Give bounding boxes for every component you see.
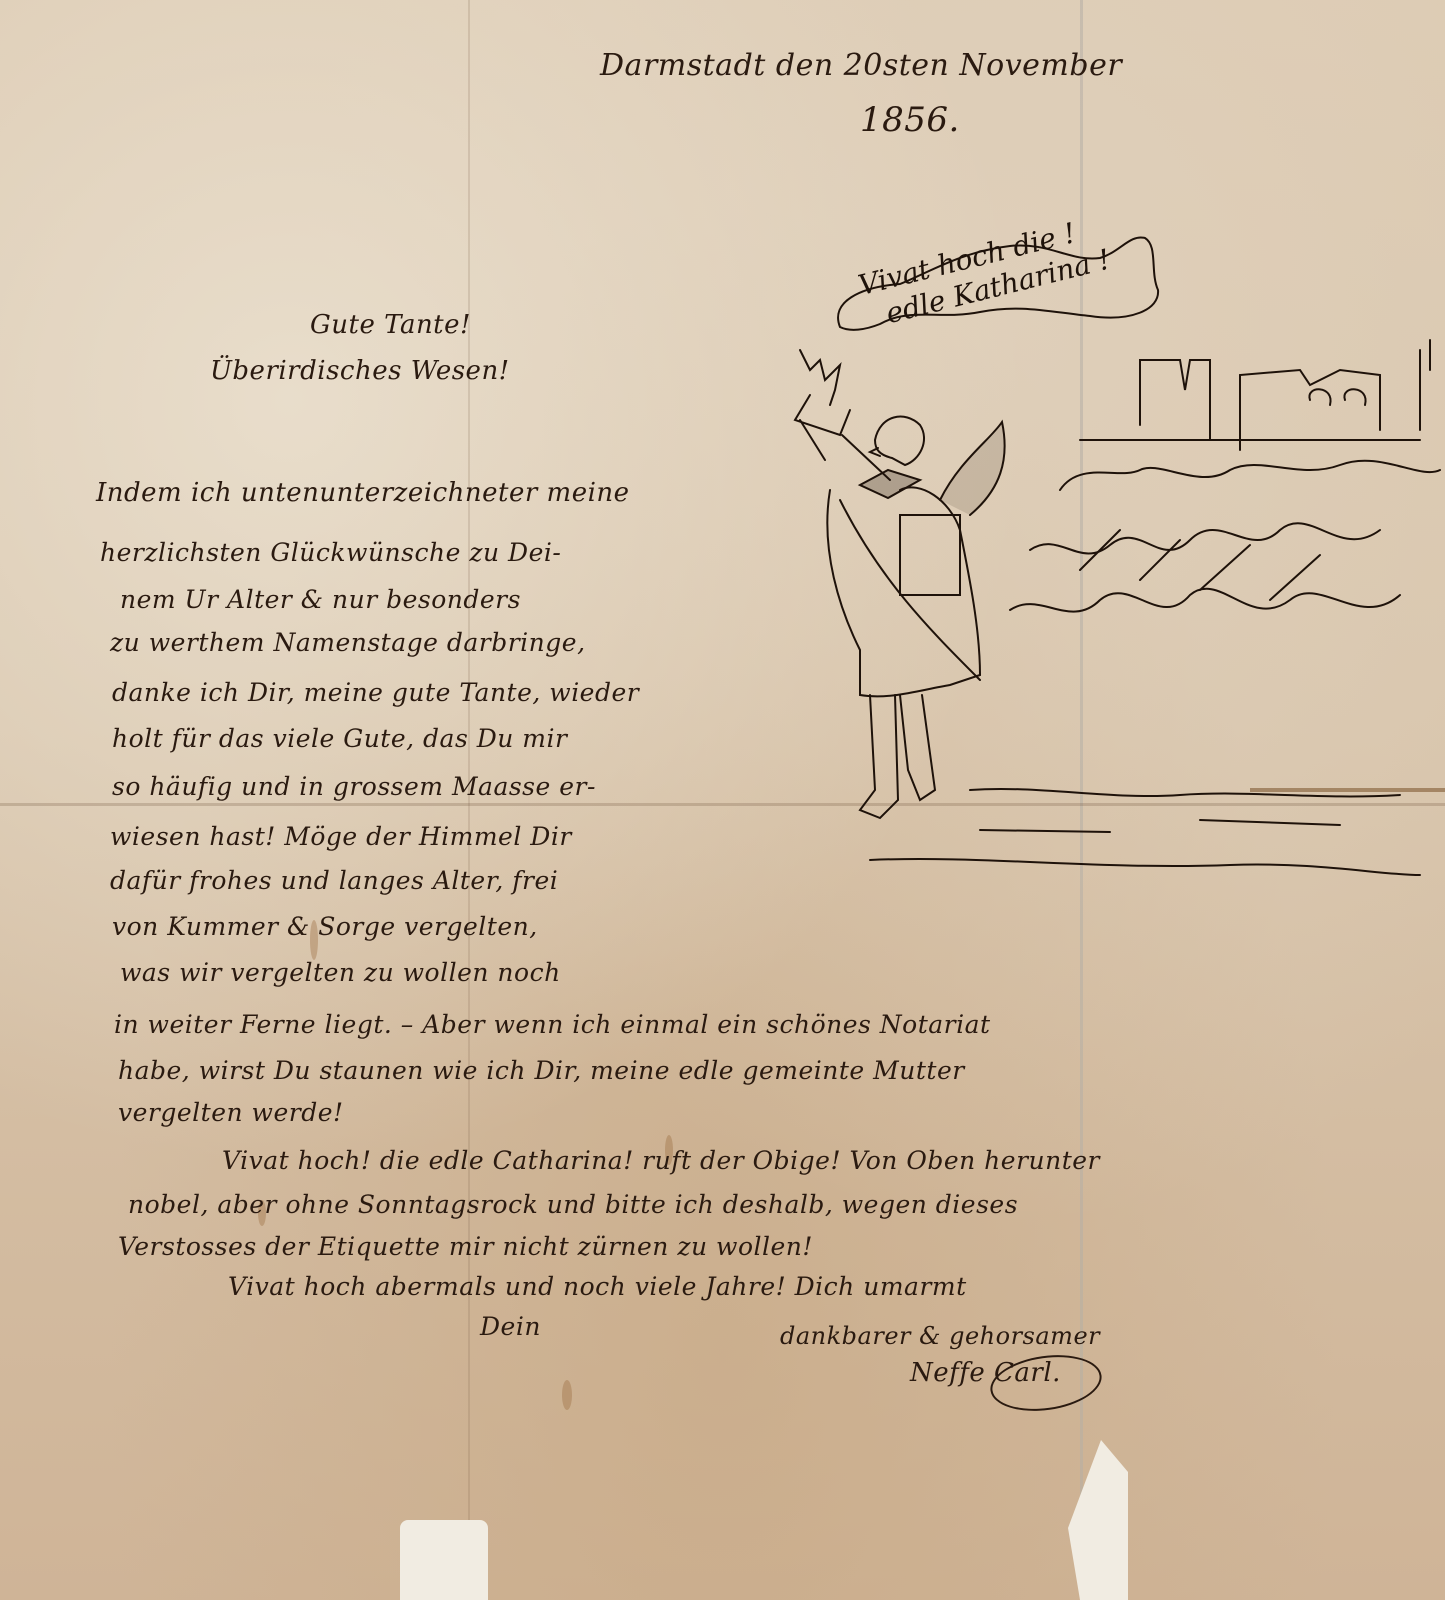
body-line: Dein (480, 1312, 541, 1341)
body-line: was wir vergelten zu wollen noch (120, 958, 561, 987)
salutation-line-2: Überirdisches Wesen! (210, 356, 510, 386)
body-line: so häufig und in grossem Maasse er- (112, 772, 596, 801)
body-line: habe, wirst Du staunen wie ich Dir, mein… (118, 1056, 965, 1085)
body-line: dafür frohes und langes Alter, frei (110, 866, 558, 895)
body-line: Indem ich untenunterzeichneter meine (96, 478, 630, 508)
body-line: holt für das viele Gute, das Du mir (112, 724, 567, 753)
ink-stain (562, 1380, 572, 1410)
body-line: nem Ur Alter & nur besonders (120, 585, 521, 614)
caricature-drawing-icon (780, 330, 1445, 910)
closing-phrase: dankbarer & gehorsamer (780, 1322, 1100, 1350)
body-line: zu werthem Namenstage darbringe, (110, 628, 586, 657)
body-line: Vivat hoch abermals und noch viele Jahre… (228, 1272, 967, 1301)
body-line: von Kummer & Sorge vergelten, (112, 912, 538, 941)
date-year: 1856. (860, 100, 960, 140)
paper-tear (400, 1520, 488, 1600)
body-line: Verstosses der Etiquette mir nicht zürne… (118, 1232, 813, 1261)
body-line: danke ich Dir, meine gute Tante, wieder (112, 678, 639, 707)
body-line: Vivat hoch! die edle Catharina! ruft der… (222, 1146, 1100, 1175)
body-line: vergelten werde! (118, 1098, 344, 1127)
body-line: in weiter Ferne liegt. – Aber wenn ich e… (114, 1010, 991, 1039)
salutation-line-1: Gute Tante! (310, 310, 471, 340)
dateline: Darmstadt den 20sten November (600, 48, 1122, 83)
body-line: herzlichsten Glückwünsche zu Dei- (100, 538, 561, 567)
body-line: nobel, aber ohne Sonntagsrock und bitte … (128, 1190, 1018, 1219)
body-line: wiesen hast! Möge der Himmel Dir (110, 822, 572, 851)
